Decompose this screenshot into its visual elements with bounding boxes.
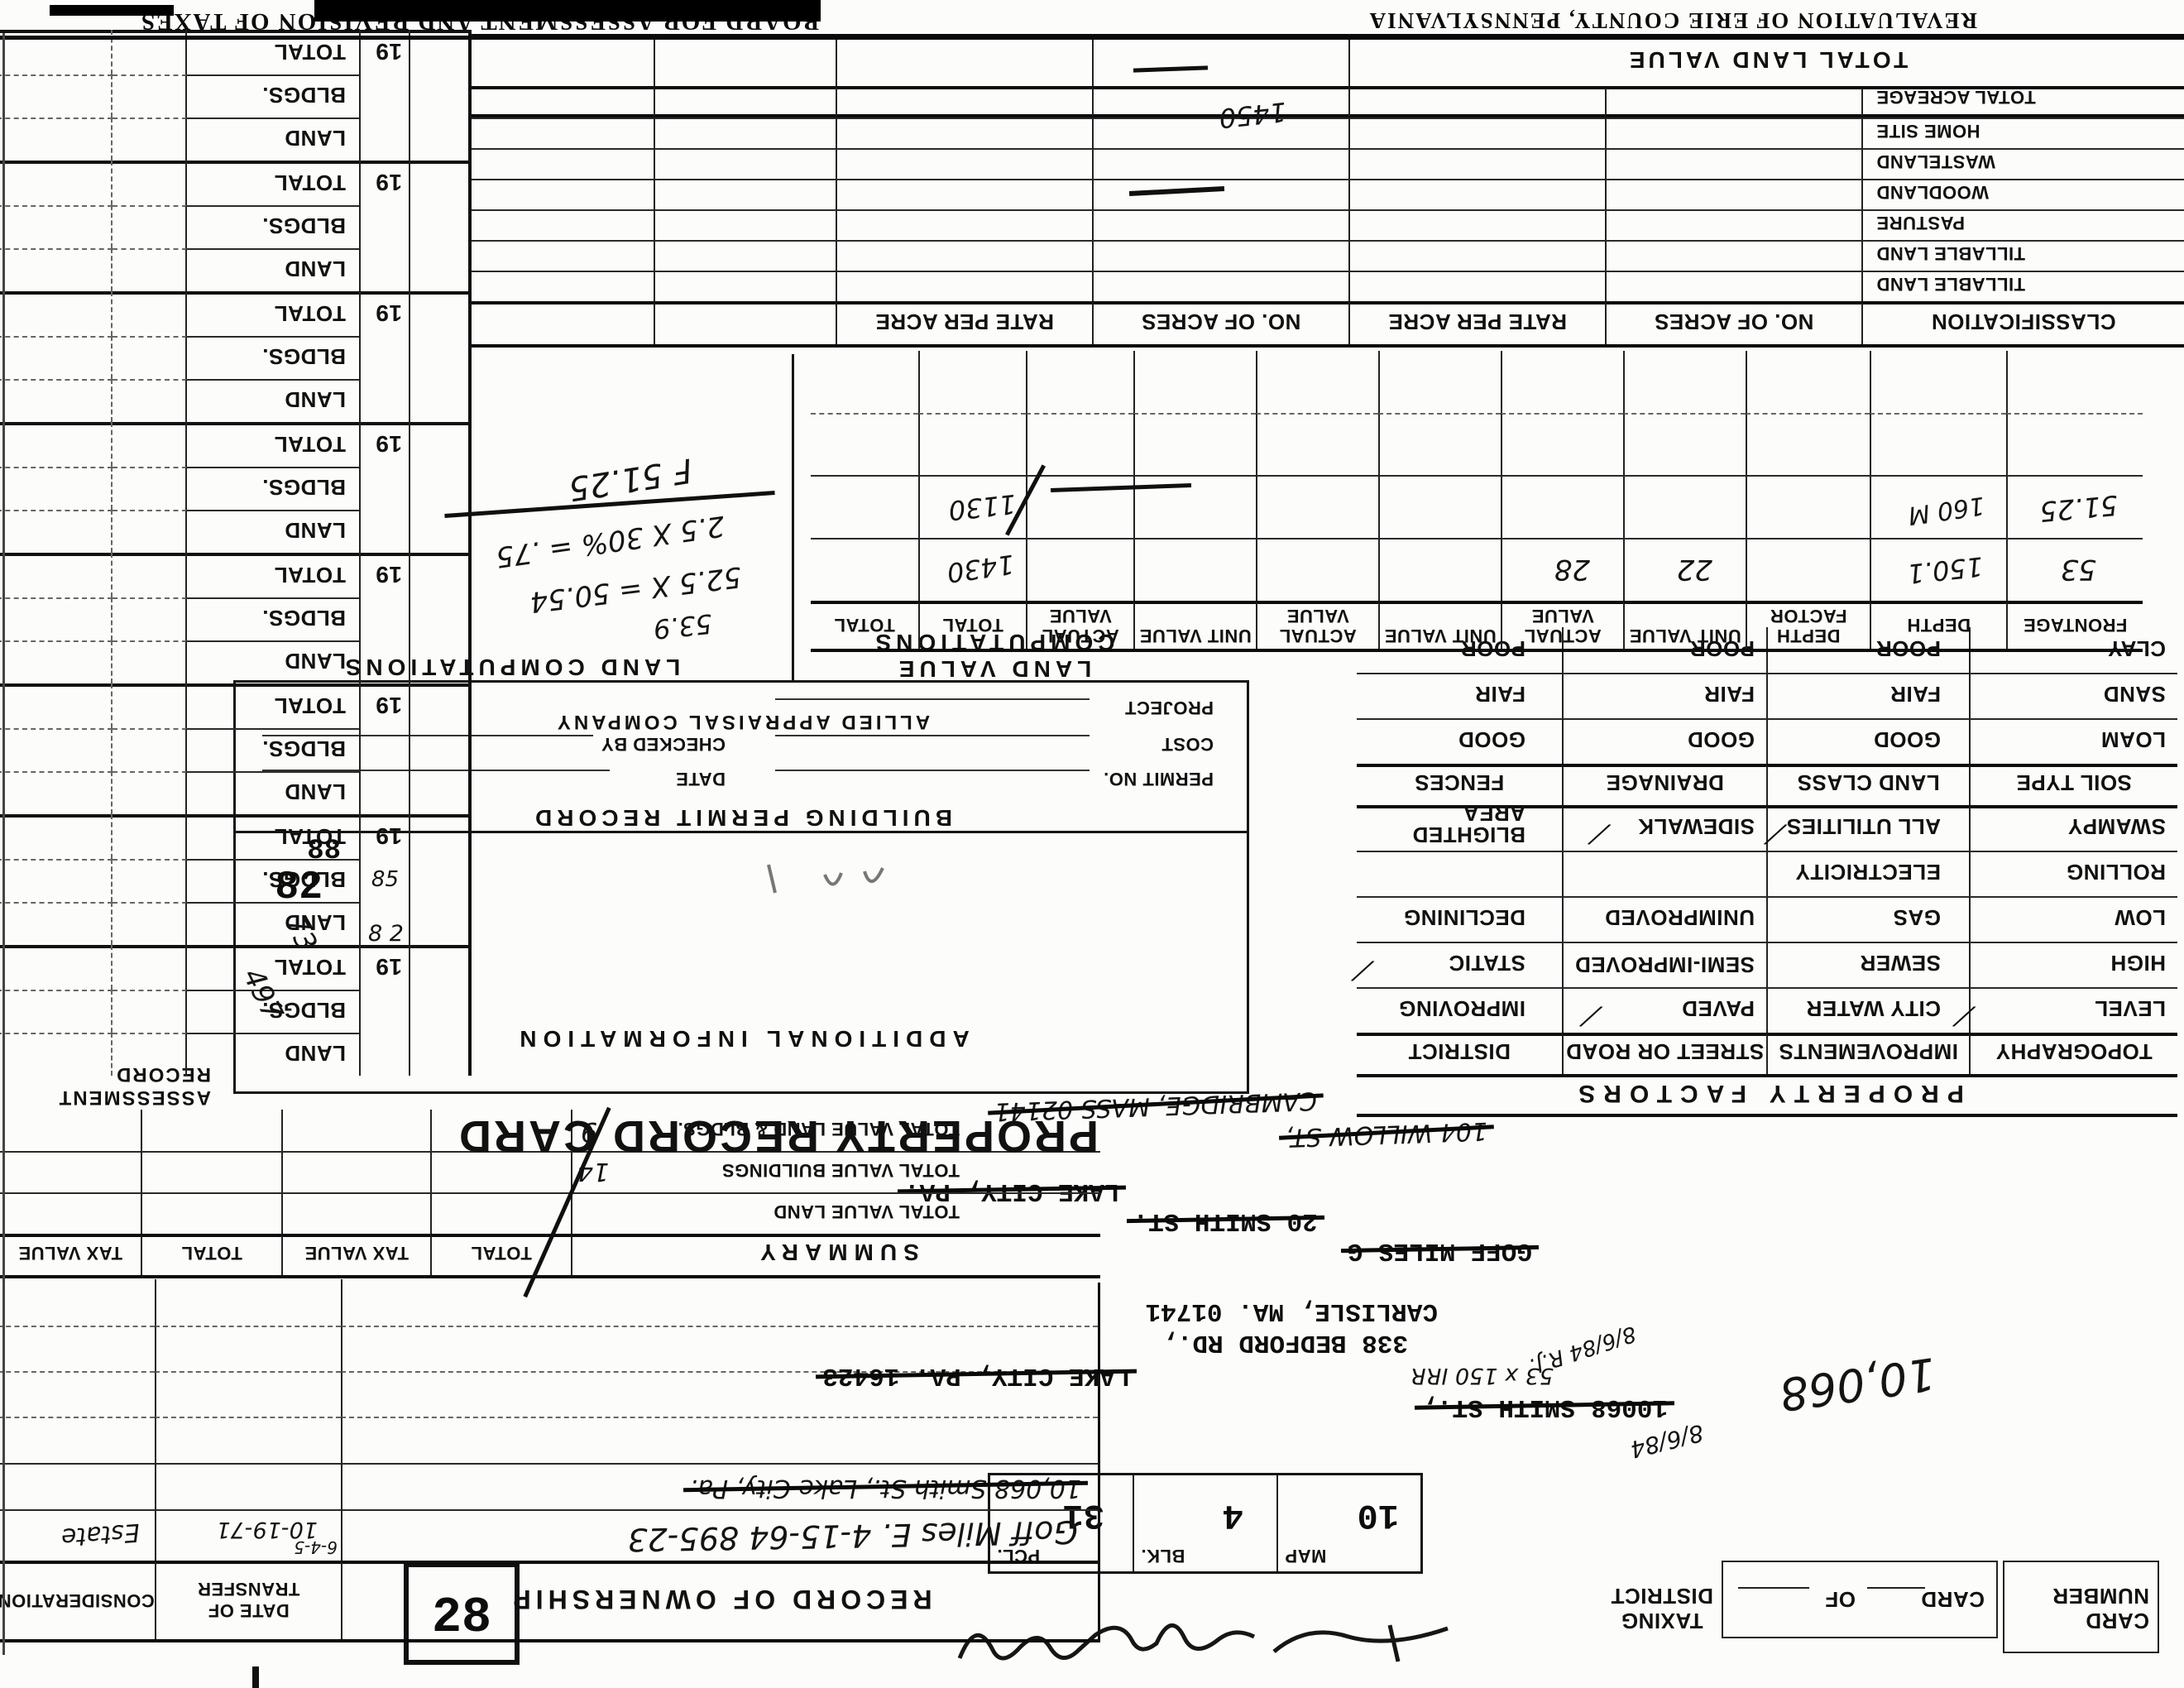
home-site-label: HOME SITE <box>1876 120 1980 141</box>
ownership-row-consideration: Estate <box>0 1509 155 1561</box>
semi-improved-option: SEMI-IMPROVED <box>1575 954 1755 976</box>
lvc-header: DEPTH <box>1870 601 2006 649</box>
district-header: DISTRICT <box>1357 1038 1562 1074</box>
cell <box>0 291 113 336</box>
cost-blank <box>775 735 1090 736</box>
cell <box>472 209 654 240</box>
assessment-label: LAND <box>187 640 361 683</box>
lvc-cell <box>1133 538 1256 601</box>
year-19-label: 19 <box>376 561 402 587</box>
acreage-row-label: HOME SITE <box>1861 117 2184 148</box>
ownership-row-date: 6-4-5 10-19-71 <box>155 1509 341 1561</box>
cell <box>0 1326 155 1371</box>
tillable-land-label: TILLABLE LAND <box>1876 242 2025 264</box>
cost-label: COST <box>1161 733 1214 755</box>
lvc-cell <box>1746 351 1870 413</box>
depth-value: 160 M <box>1906 491 1986 530</box>
assessment-stamp: 73 <box>283 917 318 950</box>
date-initials-note: 8/6/84 R.J. <box>1525 1321 1639 1379</box>
total-row-label: TOTAL <box>274 693 346 718</box>
soil-type-header: SOIL TYPE <box>1971 770 2177 805</box>
cell <box>1092 240 1348 271</box>
scanned-property-record-card: CARD NUMBER CARD OF TAXING DISTRICT MAP … <box>0 0 2184 1688</box>
cell <box>836 209 1092 240</box>
pf-header: IMPROVEMENTS <box>1766 1033 1969 1074</box>
cell <box>0 1192 141 1234</box>
pf-soil-header: FENCES <box>1357 764 1562 805</box>
lvc-cell <box>2006 413 2143 475</box>
cell <box>0 597 113 640</box>
lvc-cell <box>918 413 1026 475</box>
pf-soil-header: SOIL TYPE <box>1969 764 2177 805</box>
cell <box>654 86 836 117</box>
of-label: OF <box>1825 1586 1856 1612</box>
street-or-road-header: STREET OR ROAD <box>1564 1038 1766 1074</box>
assessment-label: LAND <box>187 117 361 161</box>
assessment-year: 19 <box>361 553 410 597</box>
acreage-header <box>654 301 836 344</box>
check-mark: ∕ <box>1960 1007 1969 1024</box>
cell <box>113 161 187 205</box>
cell <box>0 859 113 902</box>
assessment-label: TOTAL <box>187 161 361 205</box>
classification-header: CLASSIFICATION <box>1863 309 2184 344</box>
cell <box>113 728 187 771</box>
pf-cell <box>1357 851 1562 896</box>
fences-header: FENCES <box>1357 770 1562 805</box>
cell <box>410 422 468 467</box>
assessment-stamp: 85 <box>371 867 399 892</box>
cell <box>1605 117 1861 148</box>
cell <box>410 945 468 990</box>
cell <box>472 240 654 271</box>
cell <box>410 510 468 553</box>
cell <box>113 771 187 814</box>
assessment-year: 19 <box>361 291 410 336</box>
cell <box>1348 179 1605 209</box>
cell <box>1092 271 1348 301</box>
actual-value-header: ACTUAL VALUE <box>1502 606 1623 649</box>
land-row-label: LAND <box>285 125 346 151</box>
assessment-block: LAND BLDGS. 19 TOTAL <box>0 161 472 291</box>
cell <box>836 179 1092 209</box>
cell <box>361 74 410 117</box>
property-factors-title: PROPERTY FACTORS <box>1357 1079 2177 1114</box>
assessment-stamp: 497 <box>236 978 290 1011</box>
assessment-label: TOTAL <box>187 291 361 336</box>
ownership-date-header: DATE OF TRANSFER <box>155 1561 341 1639</box>
year-19-label: 19 <box>376 430 402 457</box>
pf-cell: SWAMPY <box>1969 805 2177 851</box>
lvc-cell <box>1378 475 1501 538</box>
land-row-label: LAND <box>285 517 346 543</box>
lvc-header: UNIT VALUE <box>1133 601 1256 649</box>
pf-cell: HIGH <box>1969 942 2177 987</box>
bldgs-row-label: BLDGS. <box>262 82 346 108</box>
cell <box>0 379 113 422</box>
cell <box>1348 117 1605 148</box>
cell <box>361 248 410 291</box>
lvc-cell: 160 M <box>1870 475 2006 538</box>
good-option: GOOD <box>1458 727 1525 752</box>
assessment-year: 19 <box>361 814 410 859</box>
fair-option: FAIR <box>1704 681 1755 707</box>
cell <box>0 1279 155 1326</box>
permit-no-label: PERMIT NO. <box>1104 768 1214 789</box>
lvc-cell <box>1623 475 1746 538</box>
cell <box>155 1463 341 1509</box>
pf-cell: ALL UTILITIES∕ <box>1766 805 1969 851</box>
lvc-cell: 28 <box>1501 538 1623 601</box>
ownership-consideration-header: CONSIDERATION <box>0 1561 155 1639</box>
cell <box>361 510 410 553</box>
pf-header: TOPOGRAPHY <box>1969 1033 2177 1074</box>
of-blank <box>1738 1587 1809 1589</box>
computation-line: 53.9 <box>652 607 714 645</box>
cell <box>410 771 468 814</box>
card-bottom-rule <box>0 36 2184 40</box>
cell <box>472 34 654 86</box>
cell <box>113 510 187 553</box>
cell <box>113 1033 187 1076</box>
bldgs-row-label: BLDGS. <box>262 474 346 500</box>
actual-value: 28 <box>1554 553 1590 586</box>
pf-cell: GOOD <box>1562 718 1766 764</box>
acreage-row-label: TOTAL ACREAGE <box>1861 86 2184 117</box>
cell <box>1092 148 1348 179</box>
card-edge <box>2 33 5 1655</box>
cell <box>341 1279 1098 1326</box>
cell <box>654 209 836 240</box>
lvc-cell <box>1378 413 1501 475</box>
cell <box>281 1110 430 1151</box>
address-line: LAKE CITY, PA. 16423 <box>822 1361 1130 1390</box>
pf-cell: UNIMPROVED <box>1562 896 1766 942</box>
lvc-header: ACTUAL VALUE <box>1501 601 1623 649</box>
cell <box>410 205 468 248</box>
pf-cell: SEMI-IMPROVED <box>1562 942 1766 987</box>
pf-cell: LEVEL <box>1969 987 2177 1033</box>
date-label: DATE <box>676 768 726 789</box>
acreage-header <box>472 301 654 344</box>
pf-cell: SEWER <box>1766 942 1969 987</box>
lvc-cell: 53 <box>2006 538 2143 601</box>
cell <box>410 902 468 945</box>
frontage-value: 51.25 <box>2038 489 2119 528</box>
assessment-label: BLDGS. <box>187 336 361 379</box>
tillable-land-label: TILLABLE LAND <box>1876 273 2025 295</box>
col-total: TOTAL <box>432 1242 571 1275</box>
card-number-box: CARD NUMBER <box>2003 1561 2159 1653</box>
total-header: TOTAL <box>920 614 1026 649</box>
cell <box>113 945 187 990</box>
lvc-cell <box>1746 538 1870 601</box>
pf-cell: SAND <box>1969 673 2177 718</box>
summary-col-header: TAX VALUE <box>0 1234 141 1275</box>
cell <box>410 117 468 161</box>
lvc-cell <box>1026 538 1133 601</box>
pf-cell: GOOD <box>1357 718 1562 764</box>
project-blank <box>775 698 1090 700</box>
cell <box>1348 148 1605 179</box>
year-19-label: 19 <box>376 300 402 326</box>
lvc-cell <box>1501 475 1623 538</box>
pf-cell <box>1562 851 1766 896</box>
cell <box>1348 271 1605 301</box>
cell <box>361 379 410 422</box>
lvc-cell <box>1256 475 1378 538</box>
cell <box>113 597 187 640</box>
cell <box>836 34 1092 86</box>
pf-cell: ∕CITY WATER <box>1766 987 1969 1033</box>
unit-value: 22 <box>1677 553 1712 586</box>
assessment-label: BLDGS. <box>187 74 361 117</box>
bldgs-row-label: BLDGS. <box>262 605 346 631</box>
land-total-value: 1430 <box>945 549 1016 589</box>
assessment-label: BLDGS. <box>187 467 361 510</box>
lvc-cell <box>1256 538 1378 601</box>
cell <box>113 814 187 859</box>
total-value-buildings-label: TOTAL VALUE BUILDINGS <box>572 1159 1100 1192</box>
ownership-title-cell: RECORD OF OWNERSHIP <box>341 1561 1098 1639</box>
static-option: STATIC <box>1449 950 1525 976</box>
cell <box>113 336 187 379</box>
owner-consideration-entry: Estate <box>60 1518 141 1552</box>
lvc-header: FRONTAGE <box>2006 601 2143 649</box>
blk-value: 4 <box>1223 1495 1243 1535</box>
lvc-header: ACTUAL VALUE <box>1026 601 1133 649</box>
banner-left: REVALUATION OF ERIE COUNTY, PENNSYLVANIA <box>1368 7 1977 33</box>
pf-cell: LOW <box>1969 896 2177 942</box>
cell <box>361 990 410 1033</box>
col-tax-value: TAX VALUE <box>283 1242 430 1275</box>
cell <box>0 74 113 117</box>
lvc-cell <box>918 351 1026 413</box>
cell <box>113 859 187 902</box>
lvc-cell <box>1133 351 1256 413</box>
drainage-header: DRAINAGE <box>1564 770 1766 805</box>
cell <box>410 640 468 683</box>
year-19-label: 19 <box>376 953 402 980</box>
cell <box>410 859 468 902</box>
acreage-row-label: TILLABLE LAND <box>1861 271 2184 301</box>
pf-cell: PAVED∕ <box>1562 987 1766 1033</box>
assessment-label: TOTAL <box>187 683 361 728</box>
cell <box>836 148 1092 179</box>
total-value-land-label: TOTAL VALUE LAND <box>572 1201 1100 1234</box>
sewer-option: SEWER <box>1860 950 1941 976</box>
lvc-cell <box>1501 413 1623 475</box>
cell <box>141 1110 281 1151</box>
owner-address-entry: 10,068 Smith St., Lake City, Pa. <box>690 1474 1081 1503</box>
lvc-cell <box>1746 413 1870 475</box>
land-row-label: LAND <box>285 386 346 412</box>
cell <box>113 640 187 683</box>
all-utilities-option: ALL UTILITIES <box>1786 813 1941 839</box>
col-tax-value: TAX VALUE <box>0 1242 141 1275</box>
land-row-label: LAND <box>285 1040 346 1066</box>
cell <box>113 553 187 597</box>
total-land-value-row: TOTAL LAND VALUE <box>1348 34 2184 86</box>
lvc-cell: 51.25 <box>2006 475 2143 538</box>
cell <box>113 117 187 161</box>
cell <box>410 291 468 336</box>
lvc-cell <box>1256 413 1378 475</box>
cell <box>410 336 468 379</box>
address-line: 104 WILLOW ST, <box>1285 1116 1487 1152</box>
year-19-label: 19 <box>376 692 402 718</box>
total-row-label: TOTAL <box>274 954 346 980</box>
cell <box>155 1326 341 1371</box>
lvc-cell: 1430 <box>918 538 1026 601</box>
woodland-label: WOODLAND <box>1876 181 1989 203</box>
cell <box>410 74 468 117</box>
cell <box>1348 240 1605 271</box>
cell <box>113 990 187 1033</box>
actual-value-header: ACTUAL VALUE <box>1027 606 1133 649</box>
cell <box>113 467 187 510</box>
card-number-label: CARD NUMBER <box>2050 1566 2158 1652</box>
assessment-stamp: 82 <box>275 866 323 910</box>
acreage-header: CLASSIFICATION <box>1861 301 2184 344</box>
cell <box>0 467 113 510</box>
scan-artifact-mark <box>252 1666 259 1688</box>
cell <box>472 117 654 148</box>
property-factors-title-cell: PROPERTY FACTORS <box>1357 1074 2177 1114</box>
cell <box>1605 240 1861 271</box>
cell <box>1605 148 1861 179</box>
cell <box>410 379 468 422</box>
address-line: CARLISLE, MA. 01741 <box>1146 1297 1438 1326</box>
assessment-year: 19 <box>361 161 410 205</box>
address-line: 20 SMITH ST. <box>1133 1206 1318 1235</box>
total-row-label: TOTAL <box>274 300 346 326</box>
lvc-cell <box>1870 351 2006 413</box>
topography-header: TOPOGRAPHY <box>1971 1038 2177 1074</box>
cell <box>410 161 468 205</box>
frontage-header: FRONTAGE <box>2008 614 2143 649</box>
assessment-label: LAND <box>187 248 361 291</box>
acreage-header: RATE PER ACRE <box>1348 301 1605 344</box>
lvc-cell <box>811 351 918 413</box>
check-mark: ∕ <box>1587 1007 1596 1024</box>
land-row-label: LAND <box>285 779 346 804</box>
acreage-row-label: PASTURE <box>1861 209 2184 240</box>
map-box: MAP 10 <box>1276 1475 1420 1571</box>
acreage-table: CLASSIFICATION NO. OF ACRES RATE PER ACR… <box>472 37 2184 348</box>
lvc-header: ACTUAL VALUE <box>1256 601 1378 649</box>
cell <box>836 117 1092 148</box>
address-line: GOFF MILES G <box>1348 1236 1532 1265</box>
card-blank <box>1867 1587 1925 1589</box>
lvc-cell <box>1256 351 1378 413</box>
total-row-label: TOTAL <box>274 562 346 587</box>
card-label: CARD <box>1921 1586 1985 1612</box>
assessment-label: LAND <box>187 379 361 422</box>
card-rotated-180: CARD NUMBER CARD OF TAXING DISTRICT MAP … <box>0 0 2184 1688</box>
taxing-district-label: TAXING DISTRICT <box>1603 1564 1721 1653</box>
cell <box>361 205 410 248</box>
year-19-label: 19 <box>376 38 402 65</box>
cell <box>0 771 113 814</box>
cell <box>654 240 836 271</box>
cell <box>361 467 410 510</box>
fair-option: FAIR <box>1890 681 1941 707</box>
lvc-header: TOTAL <box>811 601 918 649</box>
summary-row-label: TOTAL VALUE LAND <box>571 1192 1100 1234</box>
city-water-option: CITY WATER <box>1806 995 1941 1021</box>
faint-pencil-marks <box>717 851 899 909</box>
col-total: TOTAL <box>142 1242 281 1275</box>
lvc-cell <box>811 413 918 475</box>
cell <box>0 117 113 161</box>
cell <box>361 597 410 640</box>
rate-per-acre-header: RATE PER ACRE <box>837 309 1092 344</box>
assessment-block: LAND BLDGS. 19 TOTAL <box>0 291 472 422</box>
cell <box>410 728 468 771</box>
card-of-box: CARD OF <box>1722 1561 1998 1638</box>
lvc-cell <box>2006 351 2143 413</box>
assessment-block: LAND BLDGS. 19 TOTAL <box>0 422 472 553</box>
assessment-block: LAND BLDGS. 19 TOTAL <box>0 683 472 814</box>
cell <box>361 640 410 683</box>
assessment-block: LAND BLDGS. 19 TOTAL <box>0 30 472 161</box>
ownership-table: RECORD OF OWNERSHIP DATE OF TRANSFER CON… <box>0 1283 1100 1642</box>
address-line: 338 BEDFORD RD., <box>1161 1328 1408 1357</box>
cell <box>410 683 468 728</box>
year-19-label: 19 <box>376 169 402 195</box>
unit-value-header: UNIT VALUE <box>1135 626 1256 649</box>
assessment-label: LAND <box>187 1033 361 1076</box>
summary-title: SUMMARY <box>572 1239 1100 1275</box>
cell <box>472 179 654 209</box>
cell <box>341 1417 1098 1463</box>
cell <box>0 1371 155 1417</box>
lvc-header: TOTAL <box>918 601 1026 649</box>
rate-per-acre-header: RATE PER ACRE <box>1350 309 1605 344</box>
depth-value: 150.1 <box>1906 550 1985 589</box>
cell <box>0 336 113 379</box>
total-row-label: TOTAL <box>274 431 346 457</box>
cell <box>654 271 836 301</box>
cell <box>1605 209 1861 240</box>
fair-option: FAIR <box>1475 681 1525 707</box>
depth-factor-header: DEPTH FACTOR <box>1747 606 1870 649</box>
ownership-row-address: 10,068 Smith St., Lake City, Pa. <box>341 1463 1098 1509</box>
cell <box>0 1033 113 1076</box>
map-label: MAP <box>1285 1545 1326 1566</box>
acreage-header: NO. OF ACRES <box>1092 301 1348 344</box>
blighted-area-option: BLIGHTED AREA <box>1418 803 1525 846</box>
ownership-row-name: Goff Miles E. 4-15-64 895-23 <box>341 1509 1098 1561</box>
summary-col-header: TAX VALUE <box>281 1234 430 1275</box>
cell <box>472 148 654 179</box>
no-of-acres-header: NO. OF ACRES <box>1607 309 1861 344</box>
pf-cell: ELECTRICITY <box>1766 851 1969 896</box>
summary-header: SUMMARY <box>571 1234 1100 1275</box>
lvc-cell <box>1870 413 2006 475</box>
cell <box>361 117 410 161</box>
address-line: 8/6/84 <box>1627 1419 1706 1464</box>
cell <box>1605 271 1861 301</box>
pf-cell: STATIC∕ <box>1357 942 1562 987</box>
cell <box>410 553 468 597</box>
swampy-option: SWAMPY <box>2067 813 2166 839</box>
paved-option: PAVED <box>1682 995 1755 1021</box>
pf-cell: FAIR <box>1766 673 1969 718</box>
card-title: PROPERTY RECORD CARD <box>447 1110 1109 1162</box>
cell <box>1605 179 1861 209</box>
